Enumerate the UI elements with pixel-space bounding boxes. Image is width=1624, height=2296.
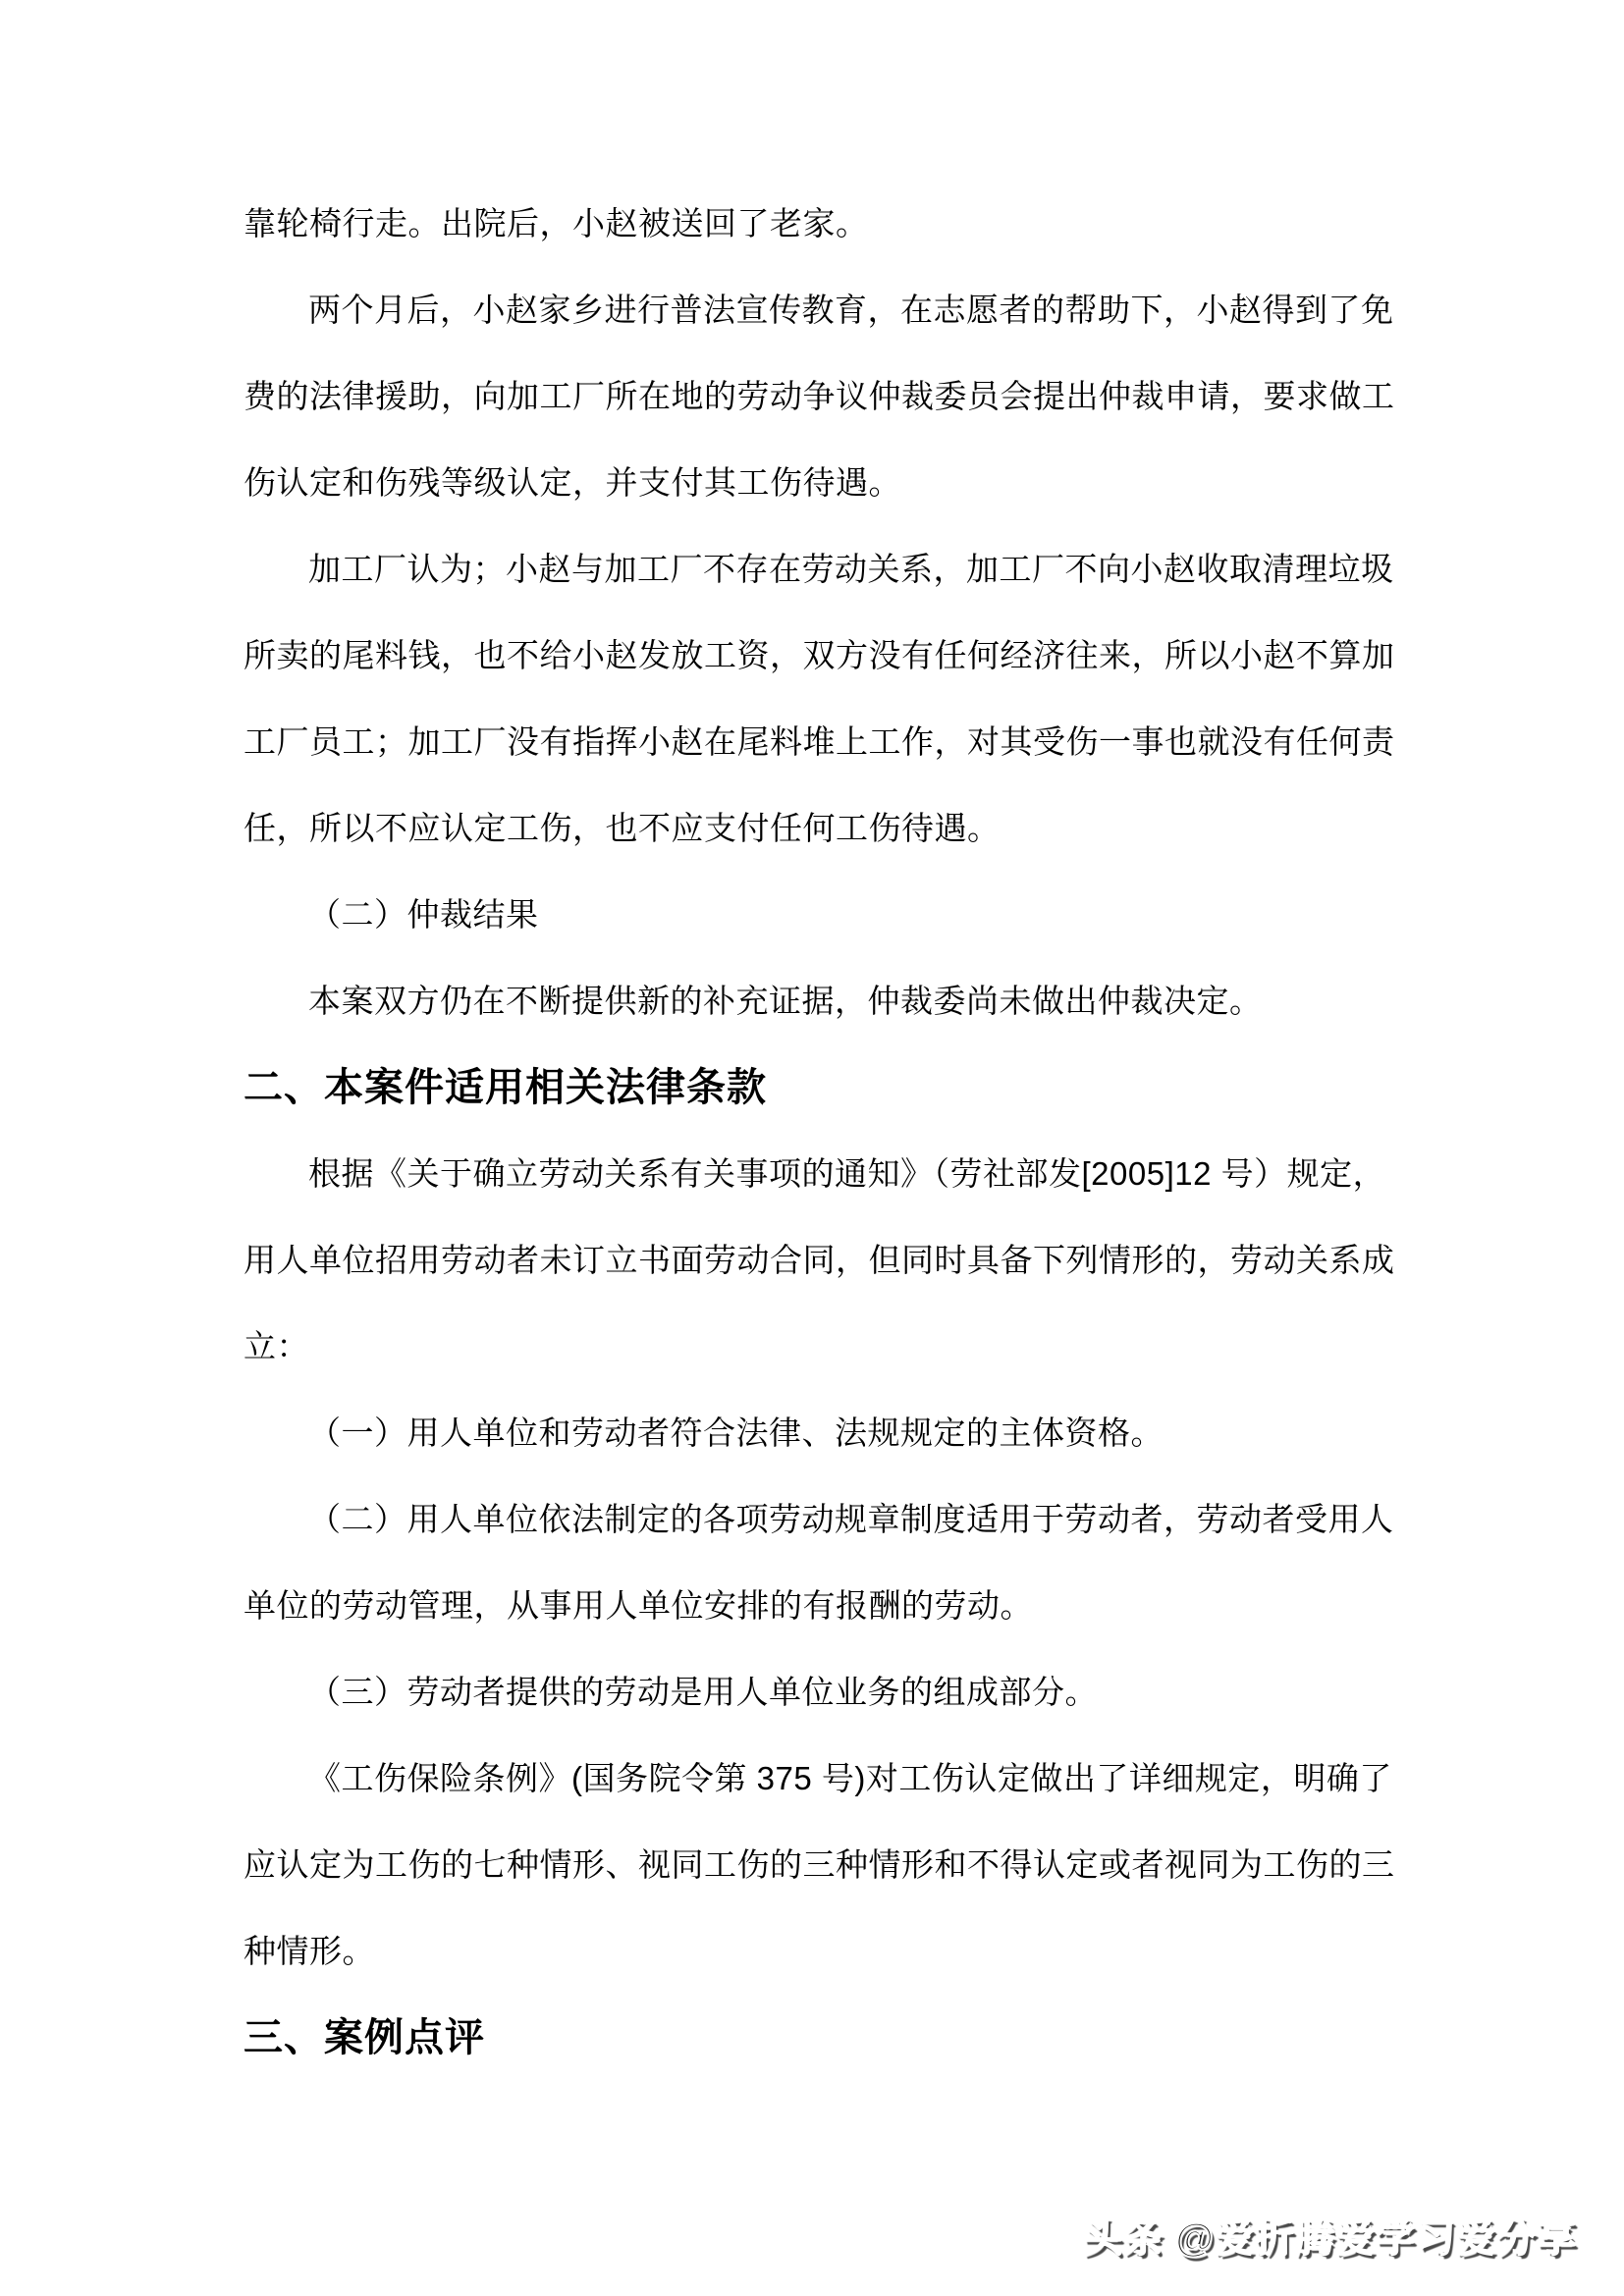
text-line: 加工厂认为；小赵与加工厂不存在劳动关系，加工厂不向小赵收取清理垃圾 xyxy=(244,526,1392,613)
section-heading: 二、本案件适用相关法律条款 xyxy=(244,1044,1392,1131)
text-line: 本案双方仍在不断提供新的补充证据，仲裁委尚未做出仲裁决定。 xyxy=(244,958,1392,1044)
text-line: 两个月后，小赵家乡进行普法宣传教育，在志愿者的帮助下，小赵得到了免 xyxy=(244,267,1392,353)
text-line: 根据《关于确立劳动关系有关事项的通知》（劳社部发[2005]12 号）规定， xyxy=(244,1131,1392,1217)
text-line: 伤认定和伤残等级认定，并支付其工伤待遇。 xyxy=(244,440,1392,526)
text-line: 立： xyxy=(244,1304,1392,1390)
text-line: 种情形。 xyxy=(244,1908,1392,1995)
watermark-text: 头条 @爱折腾爱学习爱分享 xyxy=(1083,2216,1577,2260)
document-page: 靠轮椅行走。出院后，小赵被送回了老家。两个月后，小赵家乡进行普法宣传教育，在志愿… xyxy=(0,0,1624,2296)
text-line: （二）仲裁结果 xyxy=(244,872,1392,958)
text-line: 费的法律援助，向加工厂所在地的劳动争议仲裁委员会提出仲裁申请，要求做工 xyxy=(244,353,1392,440)
text-line: 应认定为工伤的七种情形、视同工伤的三种情形和不得认定或者视同为工伤的三 xyxy=(244,1822,1392,1908)
toutiao-watermark: 头条 @爱折腾爱学习爱分享 xyxy=(1083,2207,1577,2263)
text-line: 工厂员工；加工厂没有指挥小赵在尾料堆上工作，对其受伤一事也就没有任何责 xyxy=(244,699,1392,785)
text-line: 用人单位招用劳动者未订立书面劳动合同，但同时具备下列情形的，劳动关系成 xyxy=(244,1217,1392,1304)
text-line: 单位的劳动管理，从事用人单位安排的有报酬的劳动。 xyxy=(244,1563,1392,1649)
text-line: 靠轮椅行走。出院后，小赵被送回了老家。 xyxy=(244,181,1392,267)
text-line: 任，所以不应认定工伤，也不应支付任何工伤待遇。 xyxy=(244,785,1392,872)
text-line: 所卖的尾料钱，也不给小赵发放工资，双方没有任何经济往来，所以小赵不算加 xyxy=(244,613,1392,699)
text-line: 《工伤保险条例》(国务院令第 375 号)对工伤认定做出了详细规定，明确了 xyxy=(244,1735,1392,1822)
section-heading: 三、案例点评 xyxy=(244,1995,1392,2081)
document-body: 靠轮椅行走。出院后，小赵被送回了老家。两个月后，小赵家乡进行普法宣传教育，在志愿… xyxy=(244,181,1392,2081)
text-line: （三）劳动者提供的劳动是用人单位业务的组成部分。 xyxy=(244,1649,1392,1735)
text-line: （二）用人单位依法制定的各项劳动规章制度适用于劳动者，劳动者受用人 xyxy=(244,1476,1392,1563)
text-line: （一）用人单位和劳动者符合法律、法规规定的主体资格。 xyxy=(244,1390,1392,1476)
